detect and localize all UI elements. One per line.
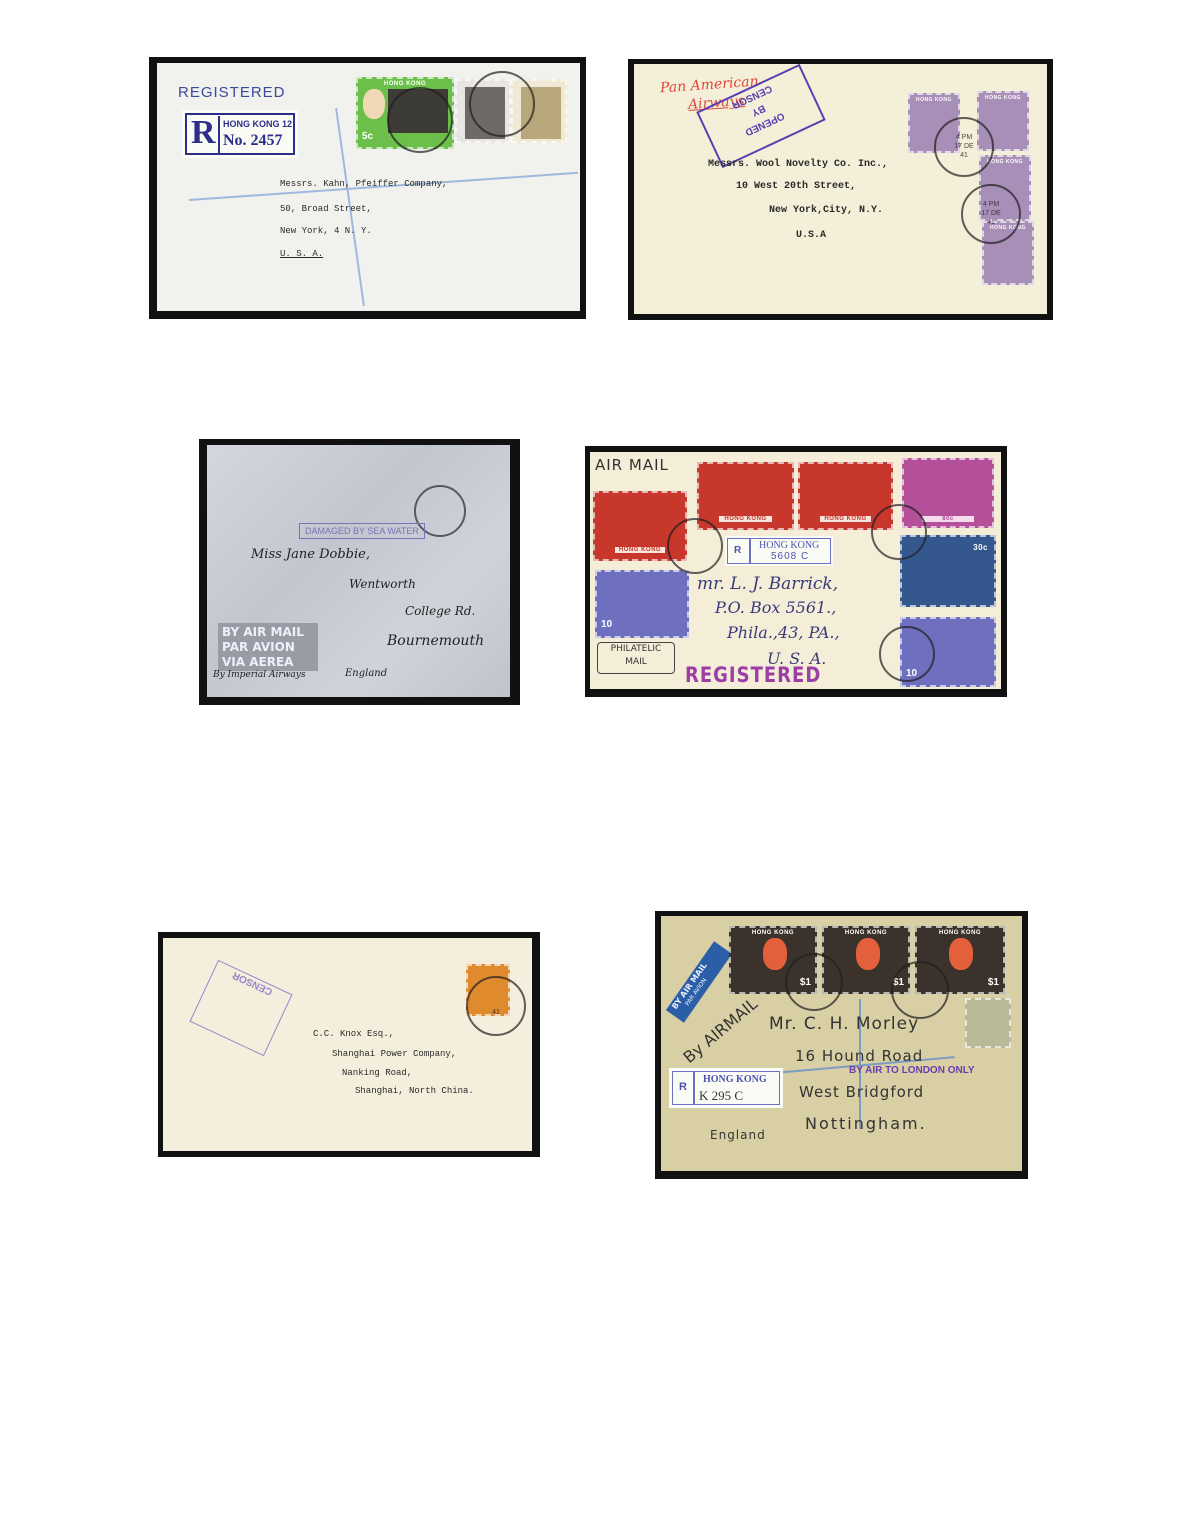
- registration-office: HONG KONG 12: [223, 119, 292, 129]
- postmark: [387, 87, 453, 153]
- registered-handstamp: REGISTERED: [178, 84, 286, 101]
- address-line: 50, Broad Street,: [280, 204, 372, 214]
- address-line: Shanghai, North China.: [355, 1086, 474, 1096]
- by-air-to-london-only-cachet: BY AIR TO LONDON ONLY: [849, 1065, 975, 1076]
- postmark: [891, 961, 949, 1019]
- address-line: Messrs. Wool Novelty Co. Inc.,: [708, 159, 888, 170]
- address-line: Miss Jane Dobbie,: [251, 547, 370, 562]
- stamp-upu-10c-violet: 10: [595, 570, 689, 638]
- postmark-victoria: 4 PM17 DE41: [934, 117, 994, 177]
- address-line: England: [345, 668, 387, 679]
- address-line: mr. L. J. Barrick,: [697, 574, 838, 594]
- registration-label: R HONG KONG K 295 C: [669, 1068, 783, 1108]
- postmark: [469, 71, 535, 137]
- address-line: P.O. Box 5561.,: [715, 598, 836, 617]
- address-line: College Rd.: [405, 604, 475, 618]
- cover-airmail-nottingham: BY AIR MAIL PAR AVION By AIRMAIL HONG KO…: [655, 911, 1028, 1179]
- cover-censored-new-york: Pan American Airways OPENED BY CENSOR HO…: [628, 59, 1053, 320]
- airmail-label: BY AIR MAIL PAR AVION VIA AEREA: [218, 623, 318, 671]
- postmark-registered: [879, 626, 935, 682]
- address-line: West Bridgford: [799, 1083, 924, 1101]
- stamp-green-kgvi: [965, 998, 1011, 1048]
- address-line: C.C. Knox Esq.,: [313, 1029, 394, 1039]
- address-line: New York,City, N.Y.: [769, 205, 883, 216]
- address-line: U. S. A.: [280, 249, 323, 259]
- address-line: Messrs. Kahn, Pfeiffer Company,: [280, 179, 447, 189]
- postmark-victoria: 4 PM17 DE41: [961, 184, 1021, 244]
- registration-label: R HONG KONG 5608 C: [725, 536, 833, 566]
- postmark-registered: [667, 518, 723, 574]
- postmark-victoria: 41: [466, 976, 526, 1036]
- address-line: Mr. C. H. Morley: [769, 1014, 919, 1034]
- address-line: Shanghai Power Company,: [332, 1049, 456, 1059]
- registration-letter: R: [191, 114, 216, 152]
- postmark-registered: [871, 504, 927, 560]
- address-line: Phila.,43, PA.,: [727, 623, 840, 642]
- address-line: Wentworth: [349, 577, 416, 591]
- registration-label: R HONG KONG 12 No. 2457: [182, 110, 298, 158]
- cover-registered-new-york: REGISTERED R HONG KONG 12 No. 2457 HONG …: [149, 57, 586, 319]
- philatelic-mail-box: PHILATELICMAIL: [597, 642, 675, 674]
- stamp-upu-red: HONG KONG: [697, 462, 794, 530]
- airmail-manuscript: AIR MAIL: [595, 456, 669, 474]
- address-line: 16 Hound Road: [795, 1047, 923, 1065]
- cover-upu-registered-philadelphia: AIR MAIL HONG KONG HONG KONG HONG KONG 8…: [585, 446, 1007, 697]
- manuscript-note: By Imperial Airways: [213, 670, 305, 680]
- postmark: [785, 953, 843, 1011]
- address-line: Nottingham.: [805, 1114, 927, 1133]
- address-line: U.S.A: [796, 230, 826, 241]
- address-line: England: [710, 1128, 766, 1142]
- registration-number: No. 2457: [223, 132, 283, 150]
- cover-sea-water-damaged: DAMAGED BY SEA WATER Miss Jane Dobbie, W…: [199, 439, 520, 705]
- address-line: 10 West 20th Street,: [736, 181, 856, 192]
- cover-censored-shanghai: CENSOR 41 C.C. Knox Esq., Shanghai Power…: [158, 932, 540, 1157]
- address-line: New York, 4 N. Y.: [280, 226, 372, 236]
- address-line: Bournemouth: [387, 633, 484, 649]
- damaged-by-sea-water-cachet: DAMAGED BY SEA WATER: [299, 523, 425, 539]
- registered-handstamp: REGISTERED: [685, 663, 821, 688]
- address-line: Nanking Road,: [342, 1068, 412, 1078]
